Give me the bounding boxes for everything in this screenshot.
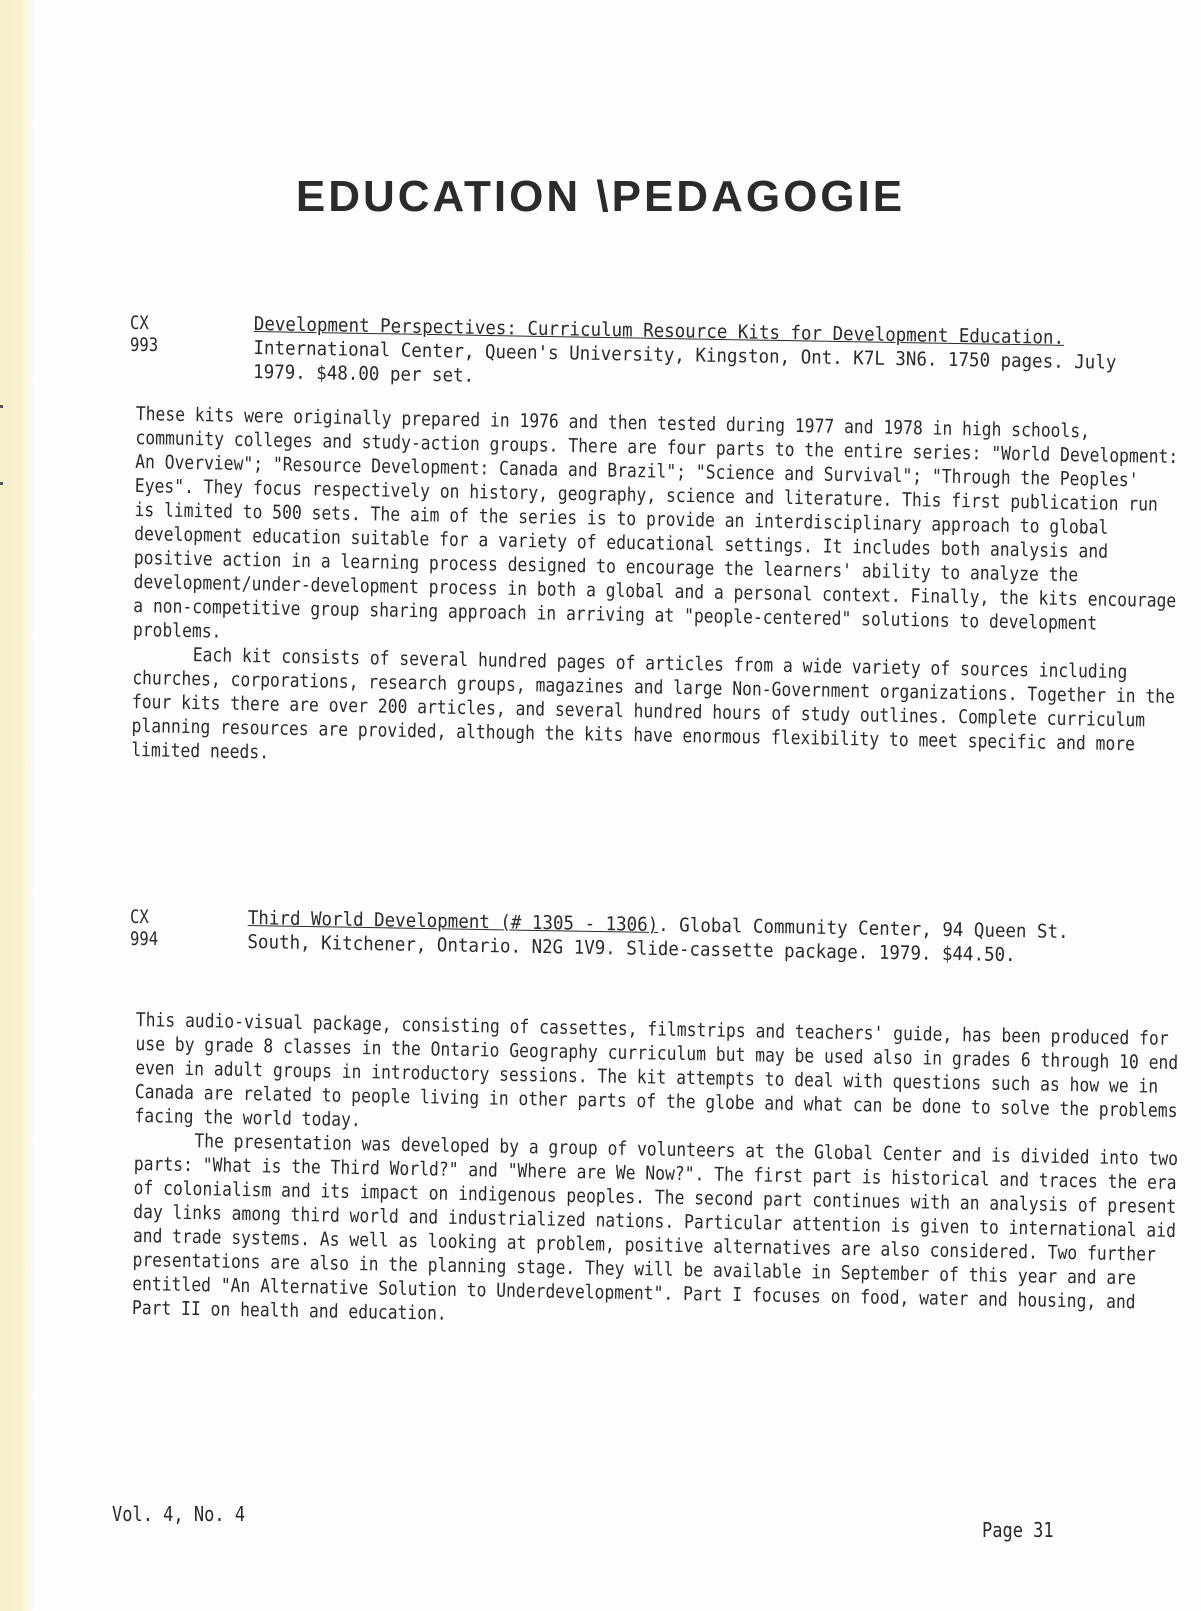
paragraph: These kits were originally prepared in 1… <box>133 402 1185 661</box>
code-number: 994 <box>130 928 158 950</box>
entry-code: CX 994 <box>130 906 158 950</box>
edge-speck <box>0 405 3 408</box>
entry-citation: Third World Development (# 1305 - 1306).… <box>247 906 1131 969</box>
entry-citation: Development Perspectives: Curriculum Res… <box>253 312 1137 399</box>
footer-page-number: Page 31 <box>982 1518 1054 1542</box>
entry-body: This audio-visual package, consisting of… <box>132 1008 1185 1339</box>
paragraph: Each kit consists of several hundred pag… <box>131 642 1182 781</box>
paragraph: This audio-visual package, consisting of… <box>134 1008 1185 1147</box>
page-binding-edge <box>0 0 34 1611</box>
paragraph: The presentation was developed by a grou… <box>132 1128 1184 1339</box>
code-prefix: CX <box>130 906 149 928</box>
page-heading: EDUCATION \PEDAGOGIE <box>0 172 1201 222</box>
code-prefix: CX <box>130 312 149 334</box>
entry-body: These kits were originally prepared in 1… <box>131 402 1185 781</box>
edge-speck <box>0 482 3 485</box>
entry-code: CX 993 <box>130 312 158 356</box>
code-number: 993 <box>130 334 158 356</box>
footer-volume: Vol. 4, No. 4 <box>112 1502 245 1526</box>
